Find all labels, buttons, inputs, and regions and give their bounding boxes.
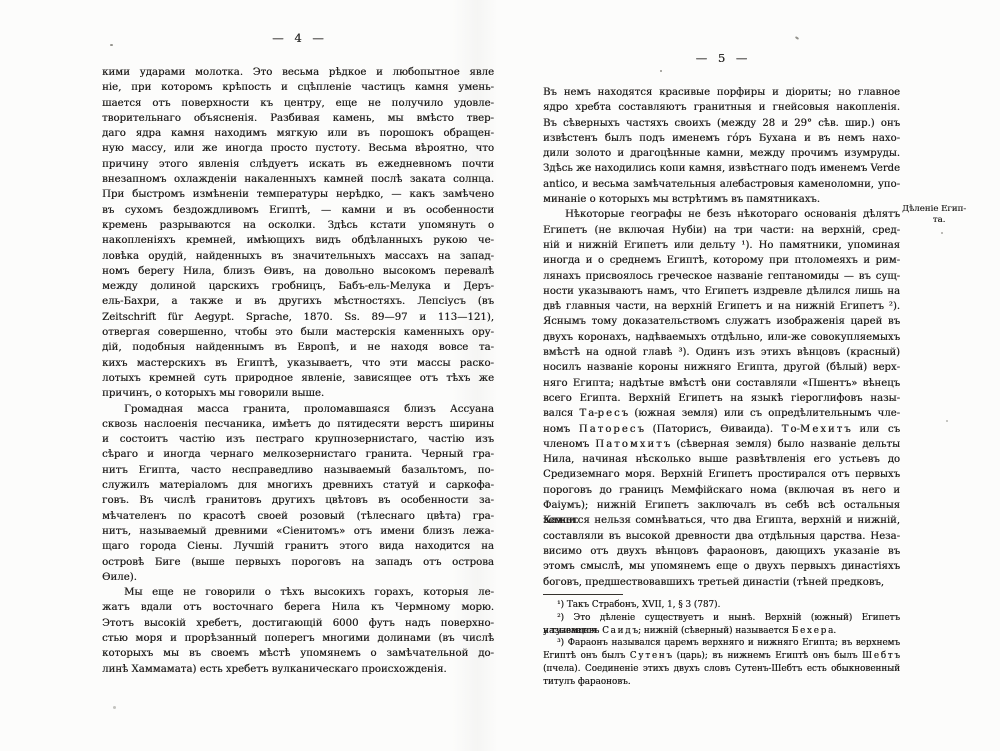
book-page-4: — 4 — кими ударами молотка. Это весьма р… <box>102 32 494 677</box>
text-line: нитъ, называемый древними «Сіенитомъ» от… <box>102 524 494 539</box>
text-line: жатъ вдали отъ восточнаго берега Нила къ… <box>102 600 494 615</box>
text-line: двѣ главныя части, на верхній Египетъ и … <box>543 299 900 314</box>
text-line: дили золото и драгоцѣнные камни, между п… <box>543 146 900 161</box>
scan-speck <box>110 44 113 46</box>
text-line: иногда и о среднемъ Египтѣ, которому при… <box>543 253 900 268</box>
text-line: Въ сѣверныхъ частяхъ своихъ (между 28 и … <box>543 116 900 131</box>
text-line: островѣ Биге (выше первыхъ пороговъ на з… <box>102 555 494 570</box>
text-line: сѣраго и иногда чернаго мелкозернистаго … <box>102 447 494 462</box>
text-line: Въ немъ находятся красивые порфиры и діо… <box>543 85 900 100</box>
text-line: лянахъ присвоялось греческое названіе ге… <box>543 269 900 284</box>
margin-note-line: Дѣленіе Егип- <box>902 204 976 215</box>
page-5-footnotes: ¹) Такъ Страбонъ, XVII, 1, § 3 (787).²) … <box>543 599 900 689</box>
text-line: служилъ матеріаломъ для многихъ древнихъ… <box>102 478 494 493</box>
text-line: двухъ коронахъ, надѣваемыхъ отдѣльно, ил… <box>543 330 900 345</box>
text-line: ній и нижній Египетъ или дельту ¹). Но п… <box>543 238 900 253</box>
text-line: творительнаго объясненія. Разбивая камен… <box>102 111 494 126</box>
text-line: мѣчателенъ по красотѣ своей розовый (тѣл… <box>102 509 494 524</box>
text-line: Нѣкоторые географы не безъ нѣкотораго ос… <box>543 207 900 222</box>
text-line: нитъ Египта, часто несправедливо называе… <box>102 463 494 478</box>
text-line: шается отъ поверхности къ центру, еще не… <box>102 96 494 111</box>
text-line: При быстромъ измѣненіи температуры нерѣд… <box>102 187 494 202</box>
text-line: вался Т а-р е с ъ (южная земля) или съ о… <box>543 406 900 421</box>
text-line: членомъ П а т о м х и т ъ (сѣверная земл… <box>543 437 900 452</box>
text-line: титулъ фараоновъ. <box>543 676 900 689</box>
paragraph: ¹) Такъ Страбонъ, XVII, 1, § 3 (787). <box>543 599 900 612</box>
paragraph: Нѣкоторые географы не безъ нѣкотораго ос… <box>543 207 900 589</box>
text-line: даго ядра камня находимъ мягкую или въ п… <box>102 126 494 141</box>
text-line: говъ. Въ числѣ гранитовъ другихъ цвѣтовъ… <box>102 493 494 508</box>
text-line: ядро хребта составляютъ гранитныя и гней… <box>543 100 900 115</box>
text-line: кремень разрываются на осколки. Здѣсь кс… <box>102 218 494 233</box>
text-line: Громадная масса гранита, проломавшаяся б… <box>102 402 494 417</box>
text-line: отвергая совершенно, чтобы это были маст… <box>102 325 494 340</box>
text-line: ²) Это дѣленіе существуетъ и нынѣ. Верхн… <box>543 612 900 625</box>
text-line: этомъ смыслѣ, мы упомянемъ еще о двухъ п… <box>543 559 900 574</box>
text-line: вмѣстѣ на одной главѣ ³). Одинъ изъ этих… <box>543 345 900 360</box>
text-line: всего Египта. Верхній Египетъ на языкѣ г… <box>543 391 900 406</box>
text-line: у туземцевъ С а и д ъ; нижній (сѣверный)… <box>543 625 900 638</box>
text-line: (пчела). Соединеніе этихъ двухъ словъ Су… <box>543 663 900 676</box>
text-line: ель-Бахри, а также и въ другихъ мѣстност… <box>102 294 494 309</box>
margin-note-line: та. <box>902 215 976 226</box>
text-line: Средиземнаго моря. Верхній Египетъ прост… <box>543 467 900 482</box>
text-line: щаго города Сіены. Лучшій гранитъ этого … <box>102 539 494 554</box>
text-line: накопленіяхъ кремней, имѣющихъ видъ обдѣ… <box>102 233 494 248</box>
text-line: носилъ названіе короны нижняго Египта, д… <box>543 360 900 375</box>
text-line: лотыхъ кремней суть природное явленіе, з… <box>102 371 494 386</box>
text-line: причину этого явленія слѣдуетъ искать въ… <box>102 157 494 172</box>
text-line: Zeitschrift für Aegypt. Sprache, 1870. S… <box>102 310 494 325</box>
text-line: висимо отъ двухъ вѣнцовъ фараоновъ, дающ… <box>543 544 900 559</box>
text-line: дій, подобныя найденнымъ въ Европѣ, и не… <box>102 340 494 355</box>
text-line: номъ берегу Нила, близъ Ѳивъ, на довольн… <box>102 264 494 279</box>
text-line: пороговъ до границъ Мемфійскаго нома (вк… <box>543 483 900 498</box>
scan-speck <box>946 420 948 422</box>
text-line: Кажется нельзя сомнѣваться, что два Егип… <box>543 513 900 528</box>
text-line: кими ударами молотка. Это весьма рѣдкое … <box>102 65 494 80</box>
page-4-text-block: кими ударами молотка. Это весьма рѣдкое … <box>102 65 494 677</box>
book-page-5: — 5 — Въ немъ находятся красивые порфиры… <box>543 52 900 689</box>
text-line: ніе, при которомъ крѣпость и сцѣпленіе ч… <box>102 80 494 95</box>
text-line: линѣ Хаммамата) есть хребетъ вулканическ… <box>102 662 494 677</box>
text-line: сквозь наслоенія песчаника, имѣетъ до пя… <box>102 417 494 432</box>
text-line: Фаіумъ); нижній Египетъ заключалъ въ себ… <box>543 498 900 513</box>
text-line: ловѣка орудій, найденныхъ въ значительны… <box>102 249 494 264</box>
text-line: въ сухомъ бездождливомъ Египтѣ, — камни … <box>102 203 494 218</box>
text-line: ную массу, или же иногда просто пустоту.… <box>102 141 494 156</box>
page-number-4: — 4 — <box>102 32 494 45</box>
text-line: причинъ, о которыхъ мы говорили выше. <box>102 386 494 401</box>
page-5-text-block: Въ немъ находятся красивые порфиры и діо… <box>543 85 900 590</box>
text-line: Яснымъ тому доказательствомъ служатъ изо… <box>543 314 900 329</box>
text-line: между долиной царскихъ гробницъ, Бабъ-ел… <box>102 279 494 294</box>
paragraph: ³) Фараонъ назывался царемъ верхняго и н… <box>543 637 900 689</box>
text-line: и состоитъ частію изъ пестраго крупнозер… <box>102 432 494 447</box>
text-line: кихъ мастерскихъ въ Египтѣ, указываетъ, … <box>102 356 494 371</box>
text-line: боговъ, предшествовавшихъ третьей династ… <box>543 575 900 590</box>
paragraph: Мы еще не говорили о тѣхъ высокихъ горах… <box>102 585 494 677</box>
text-line: няго Египта; надѣтые вмѣстѣ они составля… <box>543 376 900 391</box>
text-line: стью моря и прорѣзанный поперегъ многими… <box>102 631 494 646</box>
text-line: Ѳиле). <box>102 570 494 585</box>
page-number-5: — 5 — <box>543 52 900 65</box>
text-line: Египтѣ онъ былъ С у т е н ъ (царь); въ н… <box>543 650 900 663</box>
text-line: ³) Фараонъ назывался царемъ верхняго и н… <box>543 637 900 650</box>
text-line: внезапномъ охлажденіи накаленныхъ камней… <box>102 172 494 187</box>
text-line: Здѣсь же находились копи камня, извѣстна… <box>543 161 900 176</box>
scan-speck <box>113 706 116 709</box>
paragraph: Громадная масса гранита, проломавшаяся б… <box>102 402 494 586</box>
text-line: Мы еще не говорили о тѣхъ высокихъ горах… <box>102 585 494 600</box>
text-line: минаніе о которыхъ мы встрѣтимъ въ памят… <box>543 192 900 207</box>
text-line: Этотъ высокій хребетъ, достигающій 6000 … <box>102 616 494 631</box>
text-line: номъ П а т о р е с ъ (Паторисъ, Ѳиваида)… <box>543 422 900 437</box>
margin-note: Дѣленіе Егип- та. <box>902 204 976 225</box>
paragraph: Въ немъ находятся красивые порфиры и діо… <box>543 85 900 207</box>
text-line: antico, и весьма замѣчательныя алебастро… <box>543 177 900 192</box>
text-line: ности указываютъ намъ, что Египетъ издре… <box>543 284 900 299</box>
text-line: Нила, начиная нѣсколько выше развѣтвлені… <box>543 452 900 467</box>
paragraph: кими ударами молотка. Это весьма рѣдкое … <box>102 65 494 402</box>
paragraph: ²) Это дѣленіе существуетъ и нынѣ. Верхн… <box>543 612 900 638</box>
scan-speck <box>660 70 662 72</box>
text-line: извѣстенъ былъ подъ именемъ го́ръ Бухана… <box>543 131 900 146</box>
footnote-separator <box>543 594 623 595</box>
scan-speck <box>795 36 799 40</box>
text-line: которыхъ мы въ своемъ мѣстѣ упомянемъ о … <box>102 646 494 661</box>
scan-speck <box>941 232 943 234</box>
text-line: ¹) Такъ Страбонъ, XVII, 1, § 3 (787). <box>543 599 900 612</box>
text-line: Египетъ (не включая Нубіи) на три части:… <box>543 223 900 238</box>
text-line: составляли въ высокой древности два отдѣ… <box>543 529 900 544</box>
